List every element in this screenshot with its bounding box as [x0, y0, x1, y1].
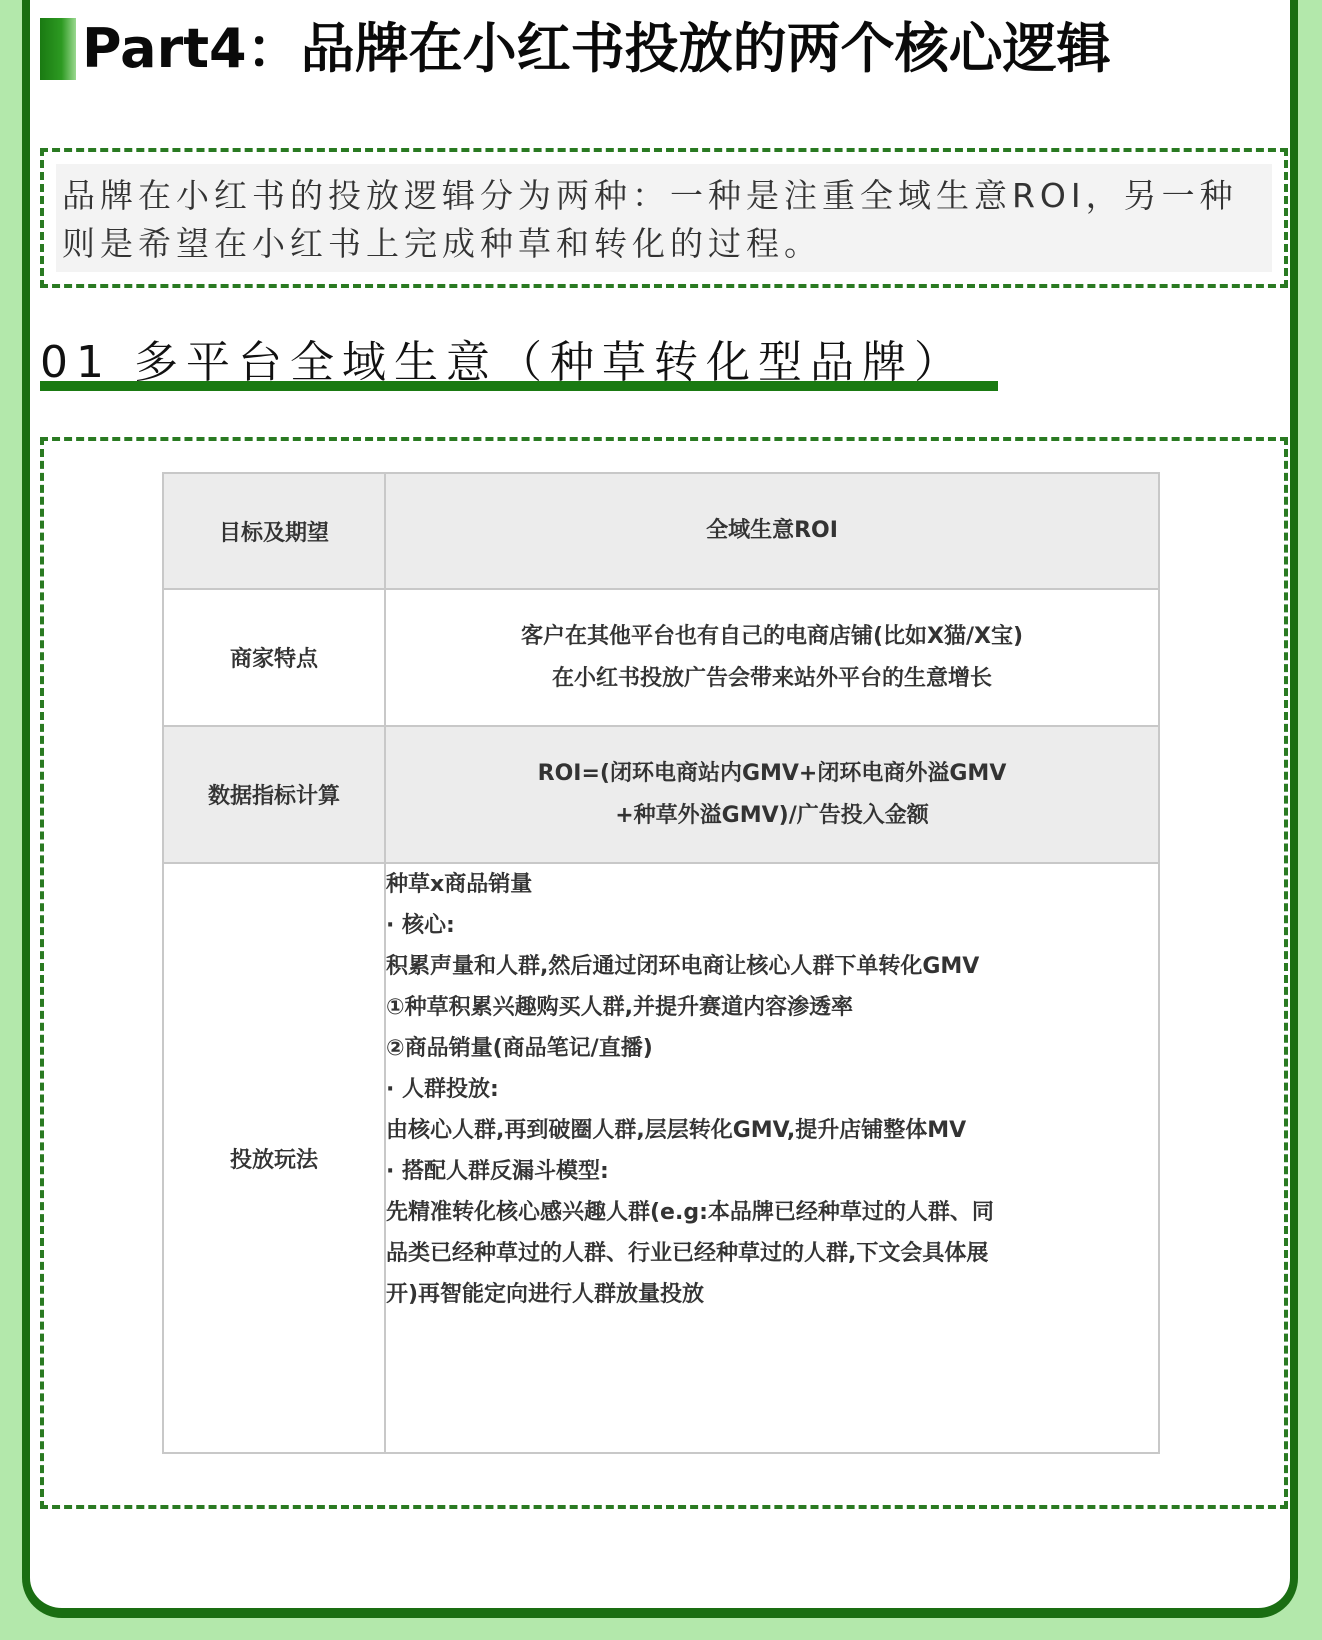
value-line: 由核心人群,再到破圈人群,层层转化GMV,提升店铺整体MV: [386, 1110, 1158, 1151]
title-accent-bar: [40, 18, 76, 80]
row-value: 全域生意ROI: [385, 473, 1159, 589]
row-label: 数据指标计算: [163, 726, 385, 863]
row-value: 客户在其他平台也有自己的电商店铺(比如X猫/X宝) 在小红书投放广告会带来站外平…: [385, 589, 1159, 726]
page-title: Part4：品牌在小红书投放的两个核心逻辑: [82, 12, 1111, 86]
value-line: 客户在其他平台也有自己的电商店铺(比如X猫/X宝): [386, 616, 1158, 658]
section-heading: 01 多平台全域生意（种草转化型品牌）: [40, 335, 966, 391]
value-line: 先精准转化核心感兴趣人群(e.g:本品牌已经种草过的人群、同: [386, 1192, 1158, 1233]
value-line: 开)再智能定向进行人群放量投放: [386, 1274, 1158, 1315]
row-label: 投放玩法: [163, 863, 385, 1453]
value-line: · 人群投放:: [386, 1069, 1158, 1110]
value-line: 在小红书投放广告会带来站外平台的生意增长: [386, 658, 1158, 700]
row-label: 商家特点: [163, 589, 385, 726]
value-line: ①种草积累兴趣购买人群,并提升赛道内容渗透率: [386, 987, 1158, 1028]
value-line: 品类已经种草过的人群、行业已经种草过的人群,下文会具体展: [386, 1233, 1158, 1274]
value-line: ROI=(闭环电商站内GMV+闭环电商外溢GMV: [386, 753, 1158, 795]
row-label: 目标及期望: [163, 473, 385, 589]
value-line: 积累声量和人群,然后通过闭环电商让核心人群下单转化GMV: [386, 946, 1158, 987]
value-line: · 搭配人群反漏斗模型:: [386, 1151, 1158, 1192]
table-row: 目标及期望 全域生意ROI: [163, 473, 1159, 589]
table-row: 数据指标计算 ROI=(闭环电商站内GMV+闭环电商外溢GMV +种草外溢GMV…: [163, 726, 1159, 863]
intro-panel: 品牌在小红书的投放逻辑分为两种：一种是注重全域生意ROI，另一种则是希望在小红书…: [56, 164, 1272, 272]
value-line: 全域生意ROI: [386, 510, 1158, 552]
table-row: 投放玩法 种草x商品销量 · 核心: 积累声量和人群,然后通过闭环电商让核心人群…: [163, 863, 1159, 1453]
row-value: ROI=(闭环电商站内GMV+闭环电商外溢GMV +种草外溢GMV)/广告投入金…: [385, 726, 1159, 863]
value-line: +种草外溢GMV)/广告投入金额: [386, 795, 1158, 837]
row-value: 种草x商品销量 · 核心: 积累声量和人群,然后通过闭环电商让核心人群下单转化G…: [385, 863, 1159, 1453]
intro-box: 品牌在小红书的投放逻辑分为两种：一种是注重全域生意ROI，另一种则是希望在小红书…: [40, 148, 1288, 288]
value-line: 种草x商品销量: [386, 864, 1158, 905]
strategy-table: 目标及期望 全域生意ROI 商家特点 客户在其他平台也有自己的电商店铺(比如X猫…: [162, 472, 1160, 1454]
table-row: 商家特点 客户在其他平台也有自己的电商店铺(比如X猫/X宝) 在小红书投放广告会…: [163, 589, 1159, 726]
value-line: ②商品销量(商品笔记/直播): [386, 1028, 1158, 1069]
intro-text: 品牌在小红书的投放逻辑分为两种：一种是注重全域生意ROI，另一种则是希望在小红书…: [62, 172, 1268, 268]
value-line: · 核心:: [386, 905, 1158, 946]
